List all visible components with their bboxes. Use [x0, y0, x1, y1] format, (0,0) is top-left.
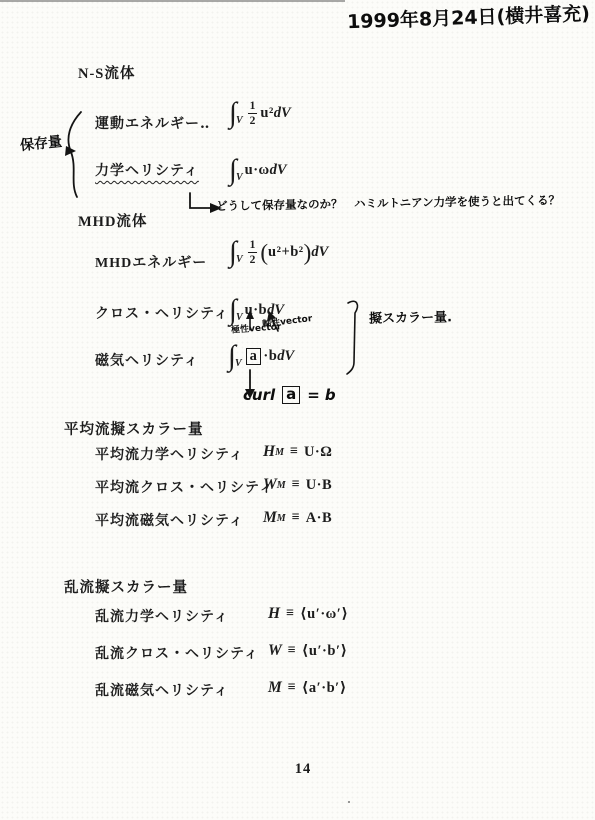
integral-sub: V: [236, 172, 243, 183]
formula-mean-magnetic-helicity: MM ≡ A·B: [263, 509, 332, 527]
math-subscript: M: [275, 447, 284, 458]
integral-sub: V: [236, 254, 243, 265]
scanned-note-page: 1999年8月24日(横井喜充) N-S流体 運動エネルギー‥ ∫V 1 2 u…: [0, 0, 595, 820]
open-paren: (: [260, 241, 268, 264]
fraction: 1 2: [248, 239, 258, 265]
math-rhs: A·B: [306, 510, 332, 527]
formula-turb-magnetic-helicity: M ≡ ⟨a′·b′⟩: [268, 679, 347, 697]
math-vector-b: b: [269, 348, 278, 365]
formula-mhd-energy: ∫V 1 2 ( u²+b² ) dV: [229, 238, 328, 267]
math-expr: u²: [260, 105, 273, 122]
math-rhs: ⟨u′·b′⟩: [302, 642, 348, 660]
math-symbol: H: [268, 605, 280, 623]
formula-magnetic-helicity: ∫V a · b dV: [228, 342, 294, 371]
label-cross-helicity: クロス・ヘリシティ: [95, 303, 229, 323]
scan-artifact-line: [0, 0, 345, 2]
wavy-underlined-text: 力学ヘリシティ: [95, 164, 199, 179]
handwritten-date: 1999年8月24日(横井喜充): [347, 0, 591, 34]
formula-mean-kinetic-helicity: HM ≡ U·Ω: [263, 443, 332, 461]
math-differential: dV: [277, 348, 294, 365]
math-symbol: M: [268, 679, 282, 697]
label-magnetic-helicity: 磁気ヘリシティ: [95, 350, 199, 370]
curl-boxed-a: a: [282, 386, 300, 404]
fraction-num: 1: [250, 100, 256, 112]
math-symbol: W: [263, 476, 277, 494]
label-mhd-energy: MHDエネルギー: [95, 252, 207, 272]
conserved-arrowhead: [65, 146, 76, 156]
formula-kinetic-helicity: ∫V u·ω dV: [229, 156, 287, 185]
section-title-ns: N-S流体: [78, 62, 135, 83]
fraction-den: 2: [248, 252, 258, 266]
label-turb-kinetic-helicity: 乱流力学ヘリシティ: [95, 606, 229, 626]
label-turb-cross-helicity: 乱流クロス・ヘリシティ: [95, 643, 259, 663]
math-rhs: U·Ω: [304, 444, 332, 461]
boxed-vector-a: a: [246, 348, 262, 365]
formula-mean-cross-helicity: WM ≡ U·B: [263, 476, 332, 494]
section-title-turb: 乱流擬スカラー量: [64, 576, 188, 597]
equiv-sign: ≡: [286, 606, 294, 622]
equiv-sign: ≡: [288, 680, 296, 696]
equiv-sign: ≡: [288, 643, 296, 659]
curl-word: curl: [243, 386, 275, 404]
formula-turb-cross-helicity: W ≡ ⟨u′·b′⟩: [268, 642, 348, 660]
curl-equals: =: [307, 386, 320, 404]
handwritten-question: どうして保存量なのか？ ハミルトニアン力学を使うと出てくる？: [216, 192, 560, 214]
handwritten-strokes-layer: [0, 0, 595, 820]
label-kinetic-helicity: 力学ヘリシティ: [95, 160, 199, 180]
fraction-num: 1: [250, 239, 256, 251]
math-symbol: W: [268, 642, 282, 660]
pseudo-scalar-brace-stroke: [347, 301, 357, 374]
fraction-den: 2: [248, 113, 258, 127]
math-expr: u·ω: [245, 162, 270, 179]
equiv-sign: ≡: [292, 477, 300, 493]
formula-kinetic-energy: ∫V 1 2 u² dV: [229, 99, 291, 128]
close-paren: ): [304, 241, 312, 264]
formula-turb-kinetic-helicity: H ≡ ⟨u′·ω′⟩: [268, 605, 348, 623]
question-arrow-stroke: [190, 193, 212, 208]
equiv-sign: ≡: [290, 444, 298, 460]
fraction: 1 2: [248, 100, 258, 126]
math-expr: u²+b²: [268, 244, 304, 261]
scan-artifact-dot: [348, 801, 350, 803]
label-mean-kinetic-helicity: 平均流力学ヘリシティ: [95, 444, 244, 464]
math-symbol: H: [263, 443, 275, 461]
integral-sub: V: [235, 358, 242, 369]
math-vector-u: u: [245, 302, 254, 319]
math-symbol: M: [263, 509, 277, 527]
integral-sub: V: [236, 115, 243, 126]
math-rhs: U·B: [306, 477, 332, 494]
handwritten-pseudo-scalar: 擬スカラー量.: [369, 306, 452, 326]
math-rhs: ⟨u′·ω′⟩: [300, 605, 348, 623]
math-rhs: ⟨a′·b′⟩: [302, 679, 347, 697]
math-subscript: M: [277, 480, 286, 491]
label-kinetic-energy: 運動エネルギー‥: [95, 113, 210, 133]
label-turb-magnetic-helicity: 乱流磁気ヘリシティ: [95, 680, 229, 700]
label-mean-cross-helicity: 平均流クロス・ヘリシティ: [95, 477, 274, 497]
equiv-sign: ≡: [292, 510, 300, 526]
section-title-mhd: MHD流体: [78, 210, 147, 231]
conserved-brace-stroke: [68, 112, 81, 197]
math-differential: dV: [311, 244, 328, 261]
math-differential: dV: [270, 162, 287, 179]
label-mean-magnetic-helicity: 平均流磁気ヘリシティ: [95, 510, 244, 530]
handwritten-curl-equation: curl a = b: [243, 386, 336, 404]
curl-b: b: [325, 386, 336, 404]
math-differential: dV: [274, 105, 291, 122]
section-title-mean: 平均流擬スカラー量: [64, 418, 204, 439]
handwritten-conserved-quantity: 保存量: [19, 131, 63, 155]
page-number: 14: [286, 761, 320, 778]
math-subscript: M: [277, 513, 286, 524]
